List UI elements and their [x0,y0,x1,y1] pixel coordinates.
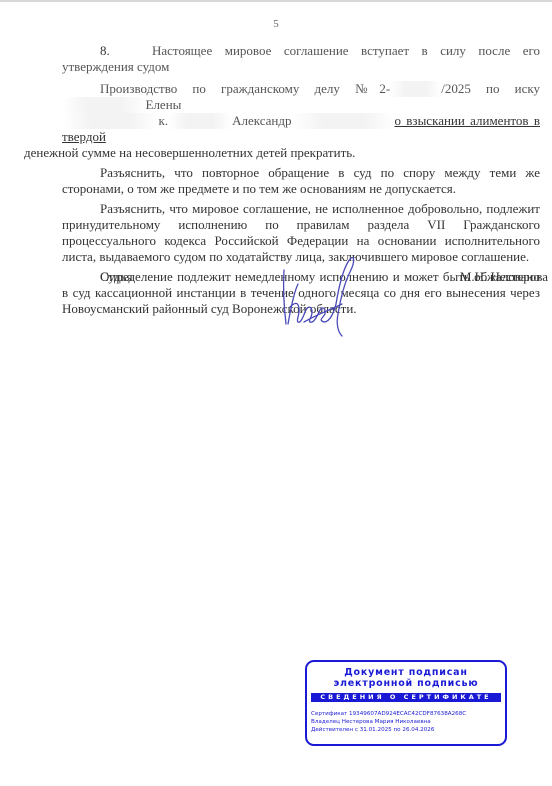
paragraph-termination: Производство по гражданскому делу №2- /2… [62,81,540,161]
redacted-defendant [62,113,159,129]
ep-certificate-details: Сертификат 19349607AD924ECAC42CDF87638A2… [311,710,505,734]
termination-text-a: Производство по гражданскому делу №2- [100,81,390,96]
item-number: 8. [100,43,152,59]
termination-text-b: /2025 по иску [441,81,540,96]
termination-text-c: Елены [146,97,182,112]
ep-stamp-title: Документ подписан электронной подписью [307,667,505,689]
ep-certificate-bar: СВЕДЕНИЯ О СЕРТИФИКАТЕ ЭП [311,693,501,702]
termination-text-d: к. [159,113,169,128]
ep-title-line1: Документ подписан [307,667,505,678]
ep-title-line2: электронной подписью [307,678,505,689]
termination-text-e: Александр [232,113,291,128]
page-number: 5 [0,18,552,30]
ep-certificate-id: Сертификат 19349607AD924ECAC42CDF87638A2… [311,710,505,718]
redacted-case-number [390,81,441,97]
ep-owner: Владелец Нестерова Мария Николаевна [311,718,505,726]
judge-name: М.Н. Нестерова [460,269,548,285]
termination-text-g: денежной сумме на несовершеннолетних дет… [24,145,355,161]
paragraph-explain-repeat: Разъяснить, что повторное обращение в су… [62,165,540,197]
handwritten-signature [268,252,368,342]
electronic-signature-stamp: Документ подписан электронной подписью С… [305,660,507,746]
redacted-plaintiff [62,97,146,113]
redacted-patronymic [292,113,395,129]
page-top-edge [0,0,552,2]
ep-validity: Действителен с 31.01.2025 по 26.04.2026 [311,726,505,734]
paragraph-item-8: 8.Настоящее мировое соглашение вступает … [62,43,540,75]
redacted-name [168,113,232,129]
judge-label: Судья [100,269,133,285]
